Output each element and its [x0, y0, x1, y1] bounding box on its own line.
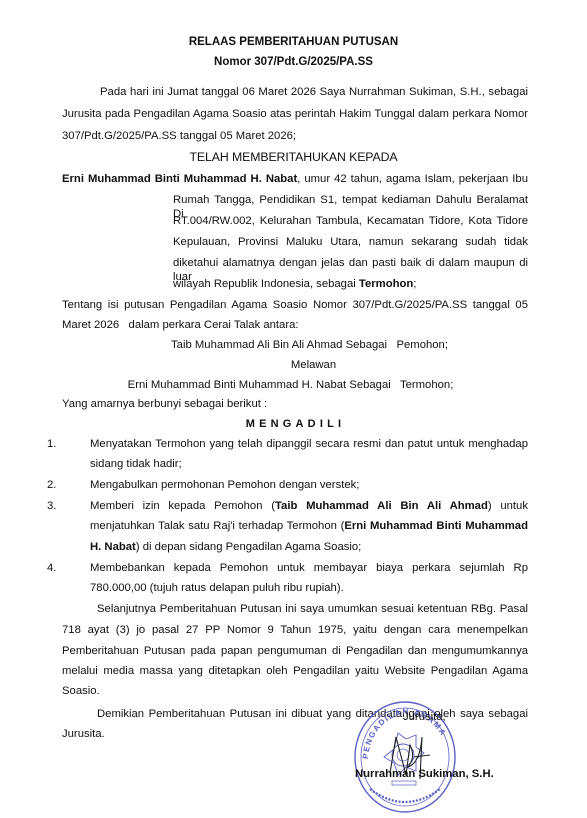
verdict-item-1-number: 1. [47, 437, 56, 451]
announcement-line-1: Selanjutnya Pemberitahuan Putusan ini sa… [97, 602, 528, 616]
announcement-line-4: melalui media massa yang ditetapkan oleh… [62, 664, 528, 678]
verdict-item-4-number: 4. [47, 561, 56, 575]
verdict-heading: MENGADILI [2, 417, 587, 431]
party-termohon: Erni Muhammad Binti Muhammad H. Nabat Se… [0, 378, 584, 392]
content-line-1: Tentang isi putusan Pengadilan Agama Soa… [62, 298, 528, 312]
verdict-item-2-line-1: Mengabulkan permohonan Pemohon dengan ve… [90, 478, 359, 492]
announcement-line-5: Soasio. [62, 684, 100, 698]
recipient-line-1: Erni Muhammad Binti Muhammad H. Nabat, u… [62, 172, 528, 186]
signature-role: Jurusita, [403, 710, 446, 724]
verdict-item-1-line-1: Menyatakan Termohon yang telah dipanggil… [90, 437, 528, 451]
closing-line-2: Jurusita. [62, 727, 105, 741]
versus-label: Melawan [20, 358, 587, 372]
verdict-item-3-number: 3. [47, 499, 56, 513]
party-pemohon: Taib Muhammad Ali Bin Ali Ahmad Sebagai … [16, 338, 587, 352]
notice-heading: TELAH MEMBERITAHUKAN KEPADA [0, 150, 587, 164]
verdict-item-3-line-2: menjatuhkan Talak satu Raj'i terhadap Te… [90, 519, 528, 533]
recipient-name: Erni Muhammad Binti Muhammad H. Nabat [62, 173, 297, 185]
intro-line-2: Jurusita pada Pengadilan Agama Soasio at… [62, 107, 528, 121]
content-line-2: Maret 2026 dalam perkara Cerai Talak ant… [62, 318, 299, 332]
recipient-line-3: RT.004/RW.002, Kelurahan Tambula, Kecama… [173, 214, 528, 228]
verdict-item-3-line-3: H. Nabat) di depan sidang Pengadilan Aga… [90, 540, 361, 554]
verdict-item-3-line-1: Memberi izin kepada Pemohon (Taib Muhamm… [90, 499, 528, 513]
intro-line-1: Pada hari ini Jumat tanggal 06 Maret 202… [100, 85, 528, 99]
verdict-item-1-line-2: sidang tidak hadir; [90, 457, 182, 471]
document-title: RELAAS PEMBERITAHUAN PUTUSAN [0, 35, 587, 49]
signature-name: Nurrahman Sukiman, S.H. [355, 767, 494, 781]
announcement-line-3: Pemberitahuan Putusan pada papan pengumu… [62, 644, 528, 658]
case-number: Nomor 307/Pdt.G/2025/PA.SS [0, 55, 587, 69]
intro-line-3: 307/Pdt.G/2025/PA.SS tanggal 05 Maret 20… [62, 129, 296, 143]
verdict-item-4-line-1: Membebankan kepada Pemohon untuk membaya… [90, 561, 528, 575]
closing-line-1: Demikian Pemberitahuan Putusan ini dibua… [97, 707, 528, 721]
verdict-item-4-line-2: 780.000,00 (tujuh ratus delapan puluh ri… [90, 581, 344, 595]
recipient-line-6: wilayah Republik Indonesia, sebagai Term… [173, 277, 416, 291]
announcement-line-2: 718 ayat (3) jo pasal 27 PP Nomor 9 Tahu… [62, 623, 528, 637]
verdict-item-2-number: 2. [47, 478, 56, 492]
amar-intro: Yang amarnya berbunyi sebagai berikut : [62, 397, 267, 411]
recipient-line-4: Kepulauan, Provinsi Maluku Utara, namun … [173, 235, 528, 249]
